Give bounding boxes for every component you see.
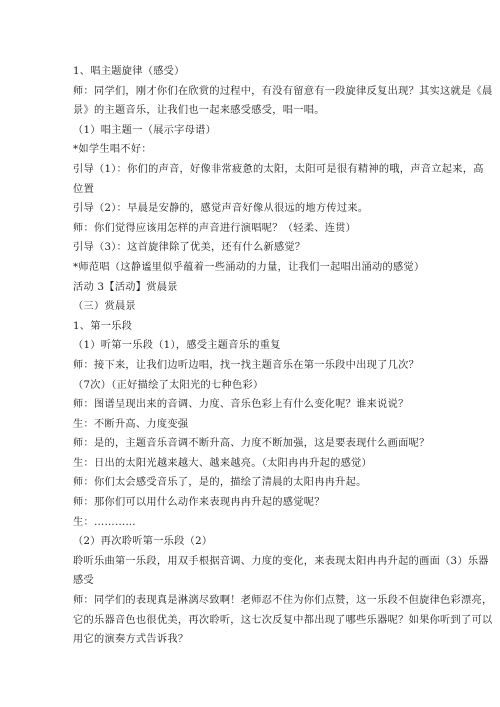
paragraph-line: 师：接下来，让我们边听边唱，找一找主题音乐在第一乐段中出现了几次？ bbox=[73, 356, 433, 376]
paragraph-line: 感受 bbox=[73, 571, 433, 591]
paragraph-line: （7次）（正好描绘了太阳光的七种色彩） bbox=[73, 376, 433, 396]
paragraph-line: 它的乐器音色也很优美，再次聆听，这七次反复中都出现了哪些乐器呢？如果你听到了可以 bbox=[73, 611, 433, 631]
paragraph-line: 景》的主题音乐，让我们也一起来感受感受，唱一唱。 bbox=[73, 101, 433, 121]
paragraph-line: 生：不断升高、力度变强 bbox=[73, 415, 433, 435]
paragraph-line: 师：那你们可以用什么动作来表现冉冉升起的感觉呢？ bbox=[73, 493, 433, 513]
heading-sing-theme: 1、唱主题旋律（感受） bbox=[73, 62, 433, 82]
paragraph-line: 聆听乐曲第一乐段，用双手根据音调、力度的变化，来表现太阳冉冉升起的画面（3）乐器 bbox=[73, 552, 433, 572]
paragraph-line: 师：图谱呈现出来的音调、力度、音乐色彩上有什么变化呢？谁来说说？ bbox=[73, 395, 433, 415]
paragraph-line: 师：同学们，刚才你们在欣赏的过程中，有没有留意有一段旋律反复出现？其实这就是《晨 bbox=[73, 82, 433, 102]
activity-heading: 活动 3【活动】赏晨景 bbox=[73, 278, 433, 298]
document-page: 1、唱主题旋律（感受） 师：同学们，刚才你们在欣赏的过程中，有没有留意有一段旋律… bbox=[73, 62, 433, 650]
section-heading: （三）赏晨景 bbox=[73, 297, 433, 317]
paragraph-line: 引导（2）：早晨是安静的，感觉声音好像从很远的地方传过来。 bbox=[73, 199, 433, 219]
paragraph-line: 生：日出的太阳光越来越大、越来越亮。（太阳冉冉升起的感觉） bbox=[73, 454, 433, 474]
paragraph-line: 师：你们觉得应该用怎样的声音进行演唱呢？（轻柔、连贯） bbox=[73, 219, 433, 239]
subheading-listen-one: （1）听第一乐段（1），感受主题音乐的重复 bbox=[73, 336, 433, 356]
paragraph-line: 师：你们太会感受音乐了，是的，描绘了清晨的太阳冉冉升起。 bbox=[73, 473, 433, 493]
subsection-heading: 1、第一乐段 bbox=[73, 317, 433, 337]
subheading-sing-theme-one: （1）唱主题一（展示字母谱） bbox=[73, 121, 433, 141]
paragraph-line: 用它的演奏方式告诉我？ bbox=[73, 630, 433, 650]
paragraph-line: 师：是的，主题音乐音调不断升高、力度不断加强，这是要表现什么画面呢？ bbox=[73, 434, 433, 454]
paragraph-line: 引导（1）：你们的声音，好像非常疲惫的太阳，太阳可是很有精神的哦，声音立起来，高 bbox=[73, 160, 433, 180]
note-line: *如学生唱不好： bbox=[73, 140, 433, 160]
subheading-listen-two: （2）再次聆听第一乐段（2） bbox=[73, 532, 433, 552]
paragraph-line: 引导（3）：这首旋律除了优美，还有什么新感觉？ bbox=[73, 238, 433, 258]
paragraph-line: 位置 bbox=[73, 180, 433, 200]
note-line: *师范唱（这静谧里似乎蕴着一些涌动的力量，让我们一起唱出涌动的感觉） bbox=[73, 258, 433, 278]
paragraph-line: 生：………… bbox=[73, 513, 433, 533]
paragraph-line: 师：同学们的表现真是淋漓尽致啊！老师忍不住为你们点赞，这一乐段不但旋律色彩漂亮， bbox=[73, 591, 433, 611]
